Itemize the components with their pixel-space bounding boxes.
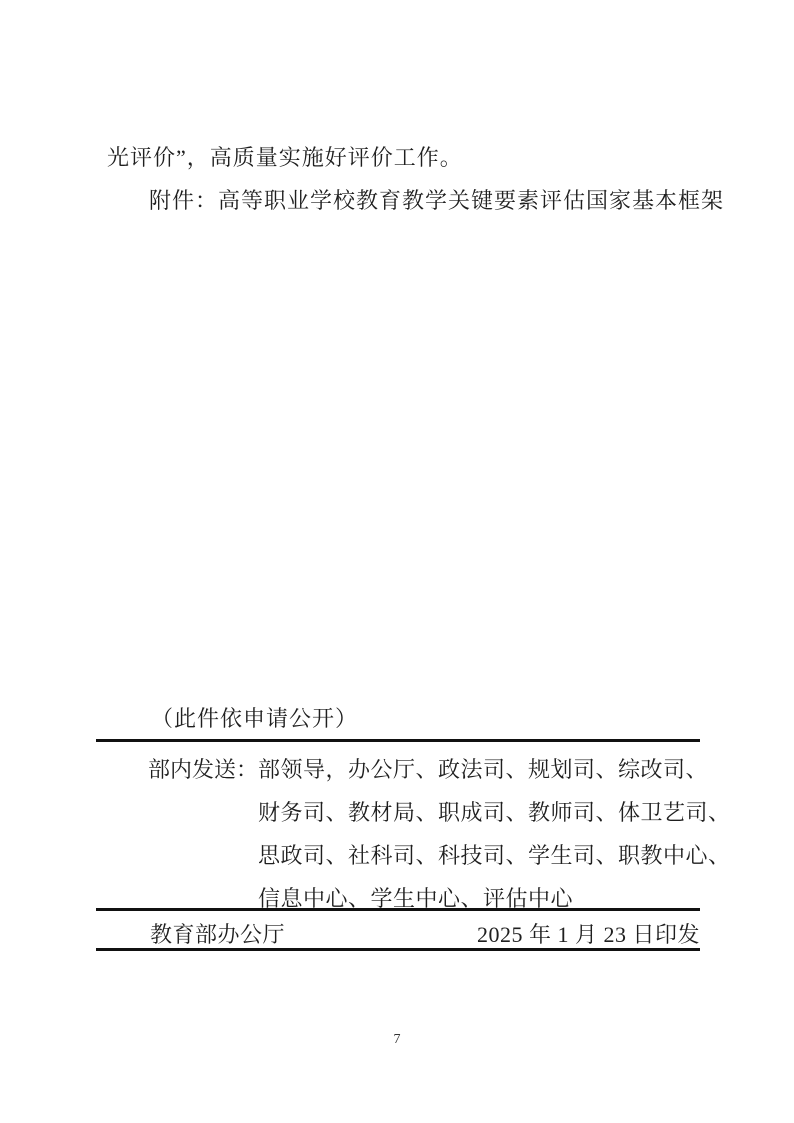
distribution-line: 财务司、教材局、职成司、教师司、体卫艺司、 xyxy=(258,791,731,834)
distribution-label: 部内发送： xyxy=(148,748,258,791)
issuing-office: 教育部办公厅 xyxy=(150,918,285,949)
disclosure-note: （此件依申请公开） xyxy=(151,706,358,732)
distribution-line: 思政司、社科司、科技司、学生司、职教中心、 xyxy=(258,834,731,877)
footer-row: 教育部办公厅 2025 年 1 月 23 日印发 xyxy=(150,915,700,951)
distribution-lines: 部领导，办公厅、政法司、规划司、综改司、 财务司、教材局、职成司、教师司、体卫艺… xyxy=(258,748,731,920)
body-text-line: 光评价”，高质量实施好评价工作。 xyxy=(107,145,463,171)
separator-rule-top xyxy=(96,739,700,742)
footer-rule-bottom xyxy=(96,948,700,951)
attachment-line: 附件：高等职业学校教育教学关键要素评估国家基本框架 xyxy=(149,188,724,214)
document-page: 光评价”，高质量实施好评价工作。 附件：高等职业学校教育教学关键要素评估国家基本… xyxy=(0,0,794,1123)
page-number: 7 xyxy=(0,1032,794,1048)
distribution-line: 信息中心、学生中心、评估中心 xyxy=(258,877,731,920)
distribution-line: 部领导，办公厅、政法司、规划司、综改司、 xyxy=(258,748,731,791)
distribution-block: 部内发送： 部领导，办公厅、政法司、规划司、综改司、 财务司、教材局、职成司、教… xyxy=(148,748,731,920)
footer-rule-top xyxy=(96,908,700,911)
print-date: 2025 年 1 月 23 日印发 xyxy=(477,918,700,949)
